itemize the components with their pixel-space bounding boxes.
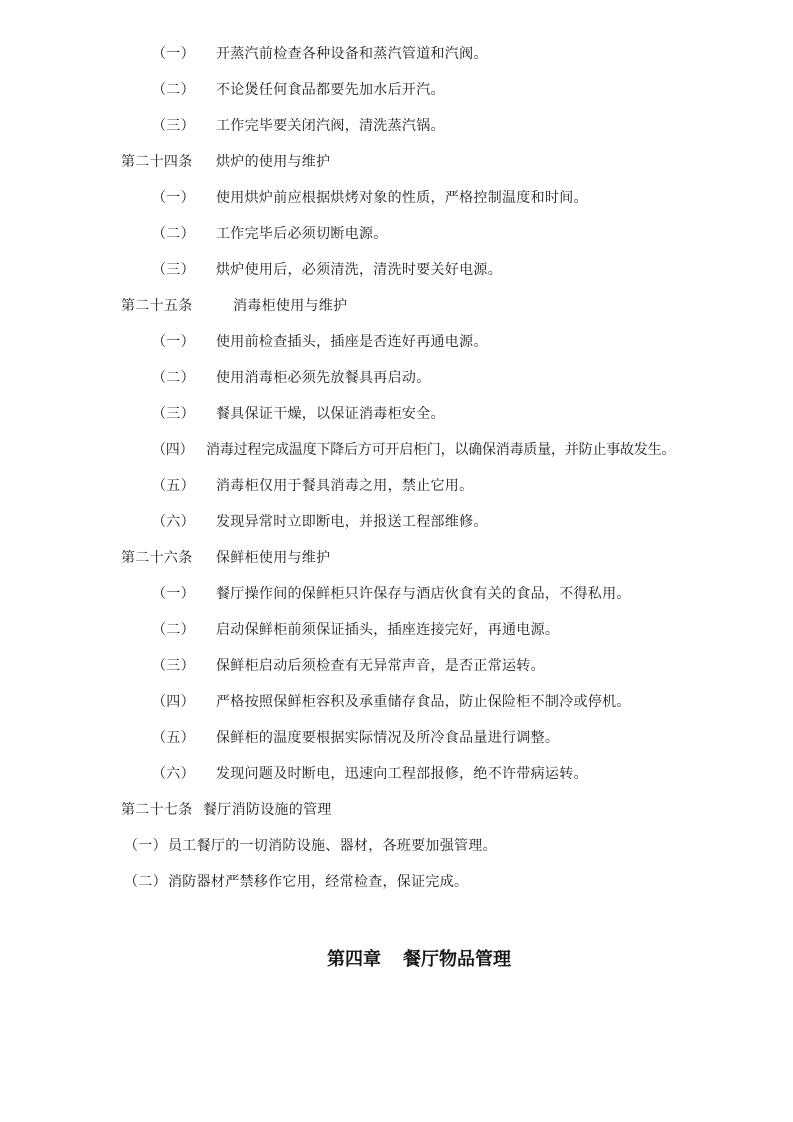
- item-number: （三）: [152, 261, 216, 279]
- item-text: 消毒柜仅用于餐具消毒之用，禁止它用。: [216, 478, 473, 494]
- article-heading-25: 第二十五条消毒柜使用与维护: [121, 297, 347, 315]
- article-number: 第二十四条: [121, 153, 216, 171]
- item-number: （三）: [152, 657, 216, 675]
- chapter-title: 第四章餐厅物品管理: [327, 949, 511, 971]
- article-heading-27: 第二十七条餐厅消防设施的管理: [121, 801, 332, 819]
- list-item: （三）保鲜柜启动后须检查有无异常声音，是否正常运转。: [152, 657, 545, 675]
- item-number: （一）: [152, 45, 216, 63]
- list-item: （四）消毒过程完成温度下降后方可开启柜门，以确保消毒质量，并防止事故发生。: [152, 441, 675, 459]
- item-text: 发现异常时立即断电，并报送工程部维修。: [216, 514, 488, 530]
- article-heading-26: 第二十六条保鲜柜使用与维护: [121, 549, 330, 567]
- list-item: （一）员工餐厅的一切消防设施、器材，各班要加强管理。: [124, 837, 497, 855]
- article-number: 第二十六条: [121, 549, 216, 567]
- list-item: （五）保鲜柜的温度要根据实际情况及所冷食品量进行调整。: [152, 729, 559, 747]
- list-item: （二）启动保鲜柜前须保证插头，插座连接完好，再通电源。: [152, 621, 559, 639]
- item-text: 开蒸汽前检查各种设备和蒸汽管道和汽阀。: [216, 46, 488, 62]
- item-text: 消毒过程完成温度下降后方可开启柜门，以确保消毒质量，并防止事故发生。: [206, 442, 675, 458]
- item-number: （五）: [152, 477, 216, 495]
- article-title: 消毒柜使用与维护: [233, 298, 347, 314]
- list-item: （一）使用前检查插头，插座是否连好再通电源。: [152, 333, 488, 351]
- list-item: （三）烘炉使用后，必须清洗，清洗时要关好电源。: [152, 261, 502, 279]
- item-number: （一）: [124, 837, 168, 855]
- item-text: 餐厅操作间的保鲜柜只许保存与酒店伙食有关的食品，不得私用。: [216, 586, 631, 602]
- article-title: 保鲜柜使用与维护: [216, 550, 330, 566]
- chapter-number: 第四章: [327, 949, 381, 970]
- list-item: （二）不论煲任何食品都要先加水后开汽。: [152, 81, 445, 99]
- item-text: 员工餐厅的一切消防设施、器材，各班要加强管理。: [168, 838, 497, 854]
- item-number: （二）: [152, 621, 216, 639]
- item-number: （四）: [152, 441, 206, 459]
- item-text: 使用烘炉前应根据烘烤对象的性质，严格控制温度和时间。: [216, 190, 588, 206]
- item-number: （二）: [152, 81, 216, 99]
- item-text: 使用前检查插头，插座是否连好再通电源。: [216, 334, 488, 350]
- item-number: （二）: [124, 873, 168, 891]
- item-text: 发现问题及时断电，迅速向工程部报修，绝不许带病运转。: [216, 766, 588, 782]
- article-title: 烘炉的使用与维护: [216, 154, 330, 170]
- list-item: （五）消毒柜仅用于餐具消毒之用，禁止它用。: [152, 477, 473, 495]
- article-heading-24: 第二十四条烘炉的使用与维护: [121, 153, 330, 171]
- list-item: （二）工作完毕后必须切断电源。: [152, 225, 388, 243]
- item-number: （四）: [152, 693, 216, 711]
- list-item: （四）严格按照保鲜柜容积及承重储存食品，防止保险柜不制冷或停机。: [152, 693, 631, 711]
- article-number: 第二十五条: [121, 297, 233, 315]
- item-number: （三）: [152, 117, 216, 135]
- item-text: 启动保鲜柜前须保证插头，插座连接完好，再通电源。: [216, 622, 559, 638]
- item-number: （二）: [152, 225, 216, 243]
- item-number: （一）: [152, 585, 216, 603]
- item-text: 餐具保证干燥，以保证消毒柜安全。: [216, 406, 445, 422]
- item-number: （五）: [152, 729, 216, 747]
- item-text: 保鲜柜的温度要根据实际情况及所冷食品量进行调整。: [216, 730, 559, 746]
- item-text: 使用消毒柜必须先放餐具再启动。: [216, 370, 431, 386]
- item-number: （六）: [152, 765, 216, 783]
- list-item: （一）使用烘炉前应根据烘烤对象的性质，严格控制温度和时间。: [152, 189, 588, 207]
- list-item: （二）消防器材严禁移作它用，经常检查，保证完成。: [124, 873, 468, 891]
- item-text: 保鲜柜启动后须检查有无异常声音，是否正常运转。: [216, 658, 545, 674]
- item-number: （一）: [152, 333, 216, 351]
- item-text: 烘炉使用后，必须清洗，清洗时要关好电源。: [216, 262, 502, 278]
- item-text: 工作完毕后必须切断电源。: [216, 226, 388, 242]
- item-number: （一）: [152, 189, 216, 207]
- chapter-name: 餐厅物品管理: [403, 949, 511, 970]
- item-text: 消防器材严禁移作它用，经常检查，保证完成。: [168, 874, 468, 890]
- list-item: （六）发现异常时立即断电，并报送工程部维修。: [152, 513, 488, 531]
- article-title: 餐厅消防设施的管理: [203, 802, 332, 818]
- item-number: （三）: [152, 405, 216, 423]
- list-item: （一）餐厅操作间的保鲜柜只许保存与酒店伙食有关的食品，不得私用。: [152, 585, 631, 603]
- list-item: （三）工作完毕要关闭汽阀，清洗蒸汽锅。: [152, 117, 445, 135]
- list-item: （六）发现问题及时断电，迅速向工程部报修，绝不许带病运转。: [152, 765, 588, 783]
- item-text: 工作完毕要关闭汽阀，清洗蒸汽锅。: [216, 118, 445, 134]
- list-item: （二）使用消毒柜必须先放餐具再启动。: [152, 369, 431, 387]
- list-item: （三）餐具保证干燥，以保证消毒柜安全。: [152, 405, 445, 423]
- list-item: （一）开蒸汽前检查各种设备和蒸汽管道和汽阀。: [152, 45, 488, 63]
- item-number: （二）: [152, 369, 216, 387]
- item-text: 严格按照保鲜柜容积及承重储存食品，防止保险柜不制冷或停机。: [216, 694, 631, 710]
- item-text: 不论煲任何食品都要先加水后开汽。: [216, 82, 445, 98]
- article-number: 第二十七条: [121, 801, 203, 819]
- item-number: （六）: [152, 513, 216, 531]
